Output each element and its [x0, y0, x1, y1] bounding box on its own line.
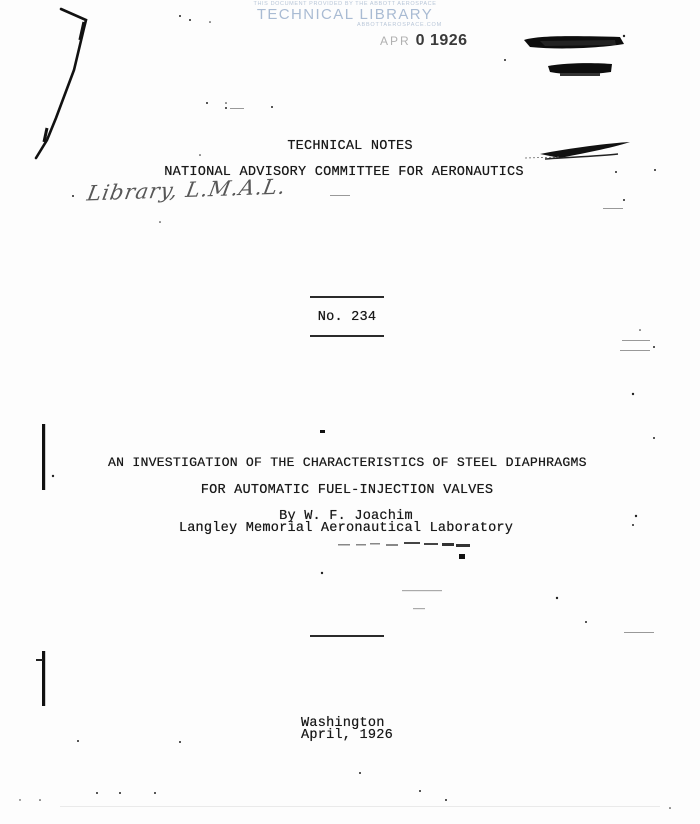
- redaction-mark-icon: [524, 36, 624, 76]
- redaction-mark-icon: [525, 142, 630, 159]
- pen-stroke-icon: [36, 9, 86, 158]
- document-page: THIS DOCUMENT PROVIDED BY THE ABBOTT AER…: [0, 0, 700, 824]
- scan-marks: [0, 0, 700, 824]
- faint-strikethrough-text: [338, 542, 470, 609]
- scan-specks: [19, 15, 671, 809]
- margin-bar-icon: [42, 424, 45, 490]
